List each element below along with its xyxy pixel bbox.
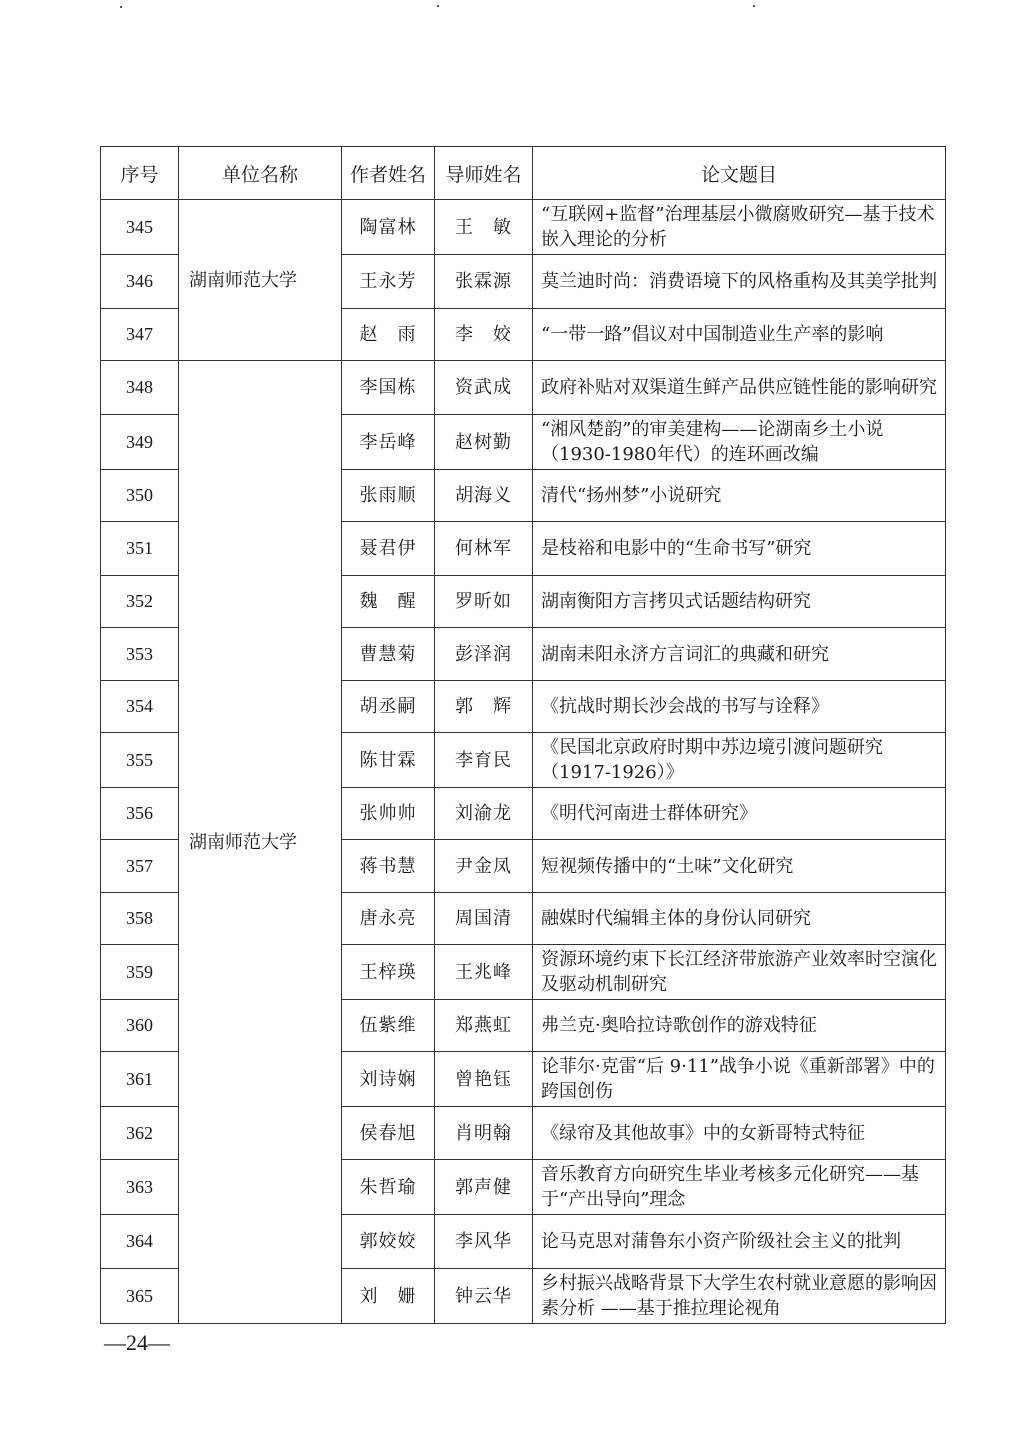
row-no: 346 bbox=[101, 255, 179, 309]
title-cell: 湖南耒阳永济方言词汇的典藏和研究 bbox=[533, 628, 946, 681]
advisor-cell: 刘渝龙 bbox=[435, 788, 533, 840]
author-cell: 王梓瑛 bbox=[342, 945, 435, 1000]
author-cell: 李国栋 bbox=[342, 361, 435, 415]
advisor-cell: 王 敏 bbox=[435, 200, 533, 255]
row-no: 356 bbox=[101, 788, 179, 840]
title-cell: 《绿帘及其他故事》中的女新哥特式特征 bbox=[533, 1107, 946, 1160]
advisor-cell: 郭 辉 bbox=[435, 681, 533, 733]
author-cell: 侯春旭 bbox=[342, 1107, 435, 1160]
row-no: 354 bbox=[101, 681, 179, 733]
author-cell: 李岳峰 bbox=[342, 415, 435, 470]
scan-speck bbox=[437, 5, 439, 7]
author-cell: 聂君伊 bbox=[342, 522, 435, 576]
author-cell: 王永芳 bbox=[342, 255, 435, 309]
advisor-cell: 罗昕如 bbox=[435, 576, 533, 628]
table-row: 348 湖南师范大学 李国栋 资武成 政府补贴对双渠道生鲜产品供应链性能的影响研… bbox=[101, 361, 946, 415]
title-cell: 短视频传播中的“土味”文化研究 bbox=[533, 840, 946, 893]
author-cell: 赵 雨 bbox=[342, 309, 435, 361]
advisor-cell: 李育民 bbox=[435, 733, 533, 788]
row-no: 364 bbox=[101, 1215, 179, 1269]
title-cell: 论菲尔·克雷“后 9·11”战争小说《重新部署》中的跨国创伤 bbox=[533, 1052, 946, 1107]
author-cell: 唐永亮 bbox=[342, 893, 435, 945]
row-no: 360 bbox=[101, 1000, 179, 1052]
author-cell: 朱哲瑜 bbox=[342, 1160, 435, 1215]
document-page: 序号 单位名称 作者姓名 导师姓名 论文题目 345 湖南师范大学 陶富林 王 … bbox=[0, 0, 1024, 1448]
header-author: 作者姓名 bbox=[342, 147, 435, 200]
author-cell: 伍紫维 bbox=[342, 1000, 435, 1052]
row-no: 362 bbox=[101, 1107, 179, 1160]
row-no: 358 bbox=[101, 893, 179, 945]
row-no: 352 bbox=[101, 576, 179, 628]
table-row: 345 湖南师范大学 陶富林 王 敏 “互联网+监督”治理基层小微腐败研究—基于… bbox=[101, 200, 946, 255]
header-no: 序号 bbox=[101, 147, 179, 200]
advisor-cell: 郭声健 bbox=[435, 1160, 533, 1215]
title-cell: 乡村振兴战略背景下大学生农村就业意愿的影响因素分析 ——基于推拉理论视角 bbox=[533, 1269, 946, 1324]
title-cell: “互联网+监督”治理基层小微腐败研究—基于技术嵌入理论的分析 bbox=[533, 200, 946, 255]
table-header-row: 序号 单位名称 作者姓名 导师姓名 论文题目 bbox=[101, 147, 946, 200]
row-no: 363 bbox=[101, 1160, 179, 1215]
title-cell: “湘风楚韵”的审美建构——论湖南乡土小说（1930-1980年代）的连环画改编 bbox=[533, 415, 946, 470]
scan-speck bbox=[753, 5, 755, 7]
row-no: 359 bbox=[101, 945, 179, 1000]
advisor-cell: 尹金凤 bbox=[435, 840, 533, 893]
scan-speck bbox=[120, 6, 122, 8]
advisor-cell: 张霖源 bbox=[435, 255, 533, 309]
title-cell: 《抗战时期长沙会战的书写与诠释》 bbox=[533, 681, 946, 733]
header-unit: 单位名称 bbox=[179, 147, 342, 200]
advisor-cell: 何林军 bbox=[435, 522, 533, 576]
author-cell: 陈甘霖 bbox=[342, 733, 435, 788]
row-no: 351 bbox=[101, 522, 179, 576]
title-cell: 论马克思对蒲鲁东小资产阶级社会主义的批判 bbox=[533, 1215, 946, 1269]
author-cell: 刘诗娴 bbox=[342, 1052, 435, 1107]
advisor-cell: 钟云华 bbox=[435, 1269, 533, 1324]
page-number: —24— bbox=[104, 1330, 170, 1356]
advisor-cell: 肖明翰 bbox=[435, 1107, 533, 1160]
author-cell: 魏 醒 bbox=[342, 576, 435, 628]
author-cell: 蒋书慧 bbox=[342, 840, 435, 893]
author-cell: 郭姣姣 bbox=[342, 1215, 435, 1269]
row-no: 365 bbox=[101, 1269, 179, 1324]
advisor-cell: 胡海义 bbox=[435, 470, 533, 522]
author-cell: 张帅帅 bbox=[342, 788, 435, 840]
title-cell: 融媒时代编辑主体的身份认同研究 bbox=[533, 893, 946, 945]
advisor-cell: 李风华 bbox=[435, 1215, 533, 1269]
author-cell: 刘 姗 bbox=[342, 1269, 435, 1324]
title-cell: 《民国北京政府时期中苏边境引渡问题研究（1917-1926）》 bbox=[533, 733, 946, 788]
row-no: 355 bbox=[101, 733, 179, 788]
title-cell: 湖南衡阳方言拷贝式话题结构研究 bbox=[533, 576, 946, 628]
advisor-cell: 郑燕虹 bbox=[435, 1000, 533, 1052]
advisor-cell: 资武成 bbox=[435, 361, 533, 415]
author-cell: 胡丞嗣 bbox=[342, 681, 435, 733]
unit-cell: 湖南师范大学 bbox=[179, 361, 342, 1324]
row-no: 349 bbox=[101, 415, 179, 470]
advisor-cell: 李 姣 bbox=[435, 309, 533, 361]
advisor-cell: 王兆峰 bbox=[435, 945, 533, 1000]
advisor-cell: 周国清 bbox=[435, 893, 533, 945]
author-cell: 张雨顺 bbox=[342, 470, 435, 522]
row-no: 347 bbox=[101, 309, 179, 361]
advisor-cell: 彭泽润 bbox=[435, 628, 533, 681]
advisor-cell: 曾艳钰 bbox=[435, 1052, 533, 1107]
title-cell: 资源环境约束下长江经济带旅游产业效率时空演化及驱动机制研究 bbox=[533, 945, 946, 1000]
title-cell: 是枝裕和电影中的“生命书写”研究 bbox=[533, 522, 946, 576]
unit-cell: 湖南师范大学 bbox=[179, 200, 342, 361]
title-cell: 政府补贴对双渠道生鲜产品供应链性能的影响研究 bbox=[533, 361, 946, 415]
row-no: 348 bbox=[101, 361, 179, 415]
title-cell: 清代“扬州梦”小说研究 bbox=[533, 470, 946, 522]
header-title: 论文题目 bbox=[533, 147, 946, 200]
award-list-table: 序号 单位名称 作者姓名 导师姓名 论文题目 345 湖南师范大学 陶富林 王 … bbox=[100, 146, 946, 1324]
title-cell: “一带一路”倡议对中国制造业生产率的影响 bbox=[533, 309, 946, 361]
row-no: 350 bbox=[101, 470, 179, 522]
advisor-cell: 赵树勤 bbox=[435, 415, 533, 470]
row-no: 357 bbox=[101, 840, 179, 893]
title-cell: 弗兰克·奥哈拉诗歌创作的游戏特征 bbox=[533, 1000, 946, 1052]
header-advisor: 导师姓名 bbox=[435, 147, 533, 200]
title-cell: 莫兰迪时尚：消费语境下的风格重构及其美学批判 bbox=[533, 255, 946, 309]
author-cell: 曹慧菊 bbox=[342, 628, 435, 681]
row-no: 361 bbox=[101, 1052, 179, 1107]
row-no: 353 bbox=[101, 628, 179, 681]
title-cell: 《明代河南进士群体研究》 bbox=[533, 788, 946, 840]
row-no: 345 bbox=[101, 200, 179, 255]
title-cell: 音乐教育方向研究生毕业考核多元化研究——基于“产出导向”理念 bbox=[533, 1160, 946, 1215]
author-cell: 陶富林 bbox=[342, 200, 435, 255]
